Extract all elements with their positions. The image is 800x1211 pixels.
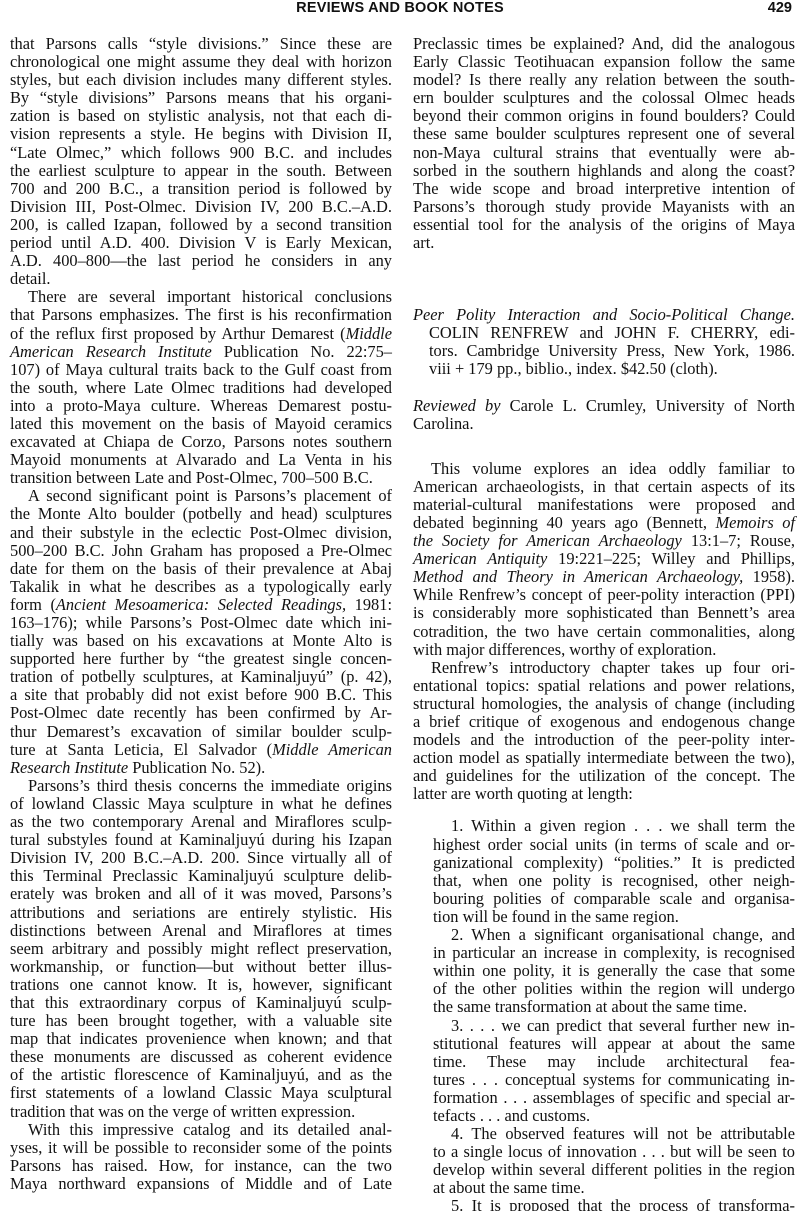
text-line: workmanship, or function—but without bet… <box>10 958 392 976</box>
text-line: transition between Late and Post-Olmec, … <box>10 469 392 487</box>
text-line: ganizational complexity) “polities.” It … <box>413 854 795 872</box>
text-line: vision represents a style. He begins wit… <box>10 125 392 143</box>
text-line: This volume explores an idea oddly famil… <box>413 460 795 478</box>
text-line: Parsons has raised. How, for instance, c… <box>10 1157 392 1175</box>
text-line: Division III, Post-Olmec. Division IV, 2… <box>10 198 392 216</box>
paragraph: There are several important historical c… <box>10 288 392 487</box>
text-line: at about the same time. <box>413 1179 795 1197</box>
text-line: yses, it will be possible to reconsider … <box>10 1139 392 1157</box>
reviewer-affiliation: Carolina. <box>413 415 795 433</box>
text-line: detail. <box>10 270 392 288</box>
reviewed-by-label: Reviewed by <box>413 396 500 415</box>
text-line: within one polity, it is generally the c… <box>413 962 795 980</box>
text-line: tially was based on his excavations at M… <box>10 632 392 650</box>
italic-title: American Research Institute <box>10 342 212 361</box>
text-line: this Terminal Preclassic Kaminaljuyú scu… <box>10 867 392 885</box>
paragraph-continuation: Preclassic times be explained? And, did … <box>413 35 795 252</box>
text-line: Parsons’s thorough study provide Mayanis… <box>413 198 795 216</box>
text-line: A.D. 400–800—the last period he consider… <box>10 252 392 270</box>
text-line: excavated at Chiapa de Corzo, Parsons no… <box>10 433 392 451</box>
text-line: styles, but each division includes many … <box>10 71 392 89</box>
text-line: Method and Theory in American Archaeolog… <box>413 568 795 586</box>
text-line: action model as spatially intermediate b… <box>413 749 795 767</box>
left-column: that Parsons calls “style divisions.” Si… <box>10 35 392 1193</box>
text-line: 107) of Maya cultural traits back to the… <box>10 361 392 379</box>
text-line: models and the introduction of the peer-… <box>413 731 795 749</box>
text-line: debated beginning 40 years ago (Bennett,… <box>413 514 795 532</box>
text-line: trations one cannot know. It is, however… <box>10 976 392 994</box>
text-line: cotradition, the two have certain common… <box>413 623 795 641</box>
text-line: these same boulder sculptures represent … <box>413 125 795 143</box>
book-entry: Peer Polity Interaction and Socio-Politi… <box>413 306 795 378</box>
italic-title: Research Institute <box>10 758 128 777</box>
quote-item-3: 3. . . . we can predict that several fur… <box>413 1017 795 1126</box>
text-line: bouring polities of comparable scale and… <box>413 890 795 908</box>
paragraph: that Parsons calls “style divisions.” Si… <box>10 35 392 288</box>
text-line: beyond their common origins in found bou… <box>413 107 795 125</box>
text-line: Research Institute Publication No. 52). <box>10 759 392 777</box>
text-line: the Monte Alto boulder (potbelly and hea… <box>10 505 392 523</box>
text-line: the Society for American Archaeology 13:… <box>413 532 795 550</box>
book-title-text: Peer Polity Interaction and Socio-Politi… <box>413 305 795 324</box>
text-line: sorbed in the southern highlands and alo… <box>413 162 795 180</box>
text-line: Maya northward expansions of Middle and … <box>10 1175 392 1193</box>
italic-title: Middle <box>346 324 392 343</box>
reviewer-line: Reviewed by Carole L. Crumley, Universit… <box>413 397 795 415</box>
italic-title: Method and Theory in American Archaeolog… <box>413 567 743 586</box>
text-line: essential tool for the analysis of the o… <box>413 216 795 234</box>
text-line: tion will be found in the same region. <box>413 908 795 926</box>
text-line: 3. . . . we can predict that several fur… <box>413 1017 795 1035</box>
text-line: By “style divisions” Parsons means that … <box>10 89 392 107</box>
text-line: With this impressive catalog and its det… <box>10 1121 392 1139</box>
text-line: art. <box>413 234 795 252</box>
text-line: attributions and seriations are entirely… <box>10 904 392 922</box>
text-line: American Research Institute Publication … <box>10 343 392 361</box>
quote-item-2: 2. When a significant organisational cha… <box>413 926 795 1016</box>
text-line: American Antiquity 19:221–225; Willey an… <box>413 550 795 568</box>
block-quote-list: 1. Within a given region . . . we shall … <box>413 817 795 1211</box>
text-line: Preclassic times be explained? And, did … <box>413 35 795 53</box>
text-line: stitutional features will appear at abou… <box>413 1035 795 1053</box>
text-line: 1. Within a given region . . . we shall … <box>413 817 795 835</box>
text-line: is considerably more sophisticated than … <box>413 604 795 622</box>
text-line: structural homologies, the analysis of c… <box>413 695 795 713</box>
italic-title: Memoirs of <box>716 513 796 532</box>
text-line: zation is based on stylistic analysis, n… <box>10 107 392 125</box>
text-line: 5. It is proposed that the process of tr… <box>413 1197 795 1211</box>
running-title: REVIEWS AND BOOK NOTES <box>0 0 800 16</box>
text-line: with major differences, worthy of explor… <box>413 641 795 659</box>
text-line: time. These may include architectural fe… <box>413 1053 795 1071</box>
text-line: to a single locus of innovation . . . bu… <box>413 1143 795 1161</box>
text-line: highest order social units (in terms of … <box>413 836 795 854</box>
section-gap <box>413 803 795 817</box>
text-line: map that indicates provenience when know… <box>10 1030 392 1048</box>
text-line: the south, where Late Olmec traditions h… <box>10 379 392 397</box>
text-line: While Renfrew’s concept of peer-polity i… <box>413 586 795 604</box>
paragraph: Parsons’s third thesis concerns the imme… <box>10 777 392 1121</box>
text-line: tration of potbelly sculptures, at Kamin… <box>10 668 392 686</box>
text-line: of the artistic florescence of Kaminalju… <box>10 1066 392 1084</box>
section-gap <box>413 433 795 460</box>
text-line: “Late Olmec,” which follows 900 B.C. and… <box>10 144 392 162</box>
text-line: 2. When a significant organisational cha… <box>413 926 795 944</box>
text-line: 200, is called Izapan, followed by a sec… <box>10 216 392 234</box>
text-line: a brief critique of exogenous and endoge… <box>413 713 795 731</box>
text-line: 500–200 B.C. John Graham has proposed a … <box>10 542 392 560</box>
text-line: ture has been brought together, with a v… <box>10 1012 392 1030</box>
right-column: Preclassic times be explained? And, did … <box>413 35 795 1211</box>
text-line: American archaeologists, in that certain… <box>413 478 795 496</box>
book-publisher: tors. Cambridge University Press, New Yo… <box>413 342 795 360</box>
text-line: Parsons’s third thesis concerns the imme… <box>10 777 392 795</box>
text-line: Renfrew’s introductory chapter takes up … <box>413 659 795 677</box>
running-header: REVIEWS AND BOOK NOTES 429 <box>0 0 800 18</box>
text-line: 700 and 200 B.C., a transition period is… <box>10 180 392 198</box>
text-line: of the reflux first proposed by Arthur D… <box>10 325 392 343</box>
text-line: Mayoid monuments at Alvarado and La Vent… <box>10 451 392 469</box>
text-line: model? Is there really any relation betw… <box>413 71 795 89</box>
paragraph: A second significant point is Parsons’s … <box>10 487 392 777</box>
reviewer-credit: Reviewed by Carole L. Crumley, Universit… <box>413 397 795 433</box>
text-line: tural substyles found at Kaminaljuyú dur… <box>10 831 392 849</box>
text-line: erately was broken and all of it was mov… <box>10 885 392 903</box>
text-line: date for them on the basis of their prev… <box>10 560 392 578</box>
text-line: of lowland Classic Maya sculpture in wha… <box>10 795 392 813</box>
text-line: lated this movement on the basis of Mayo… <box>10 415 392 433</box>
text-line: of the other polities within the region … <box>413 980 795 998</box>
paragraph: With this impressive catalog and its det… <box>10 1121 392 1193</box>
text-line: period until A.D. 400. Division V is Ear… <box>10 234 392 252</box>
text-line: supported here further by “the greatest … <box>10 650 392 668</box>
text-line: that Parsons calls “style divisions.” Si… <box>10 35 392 53</box>
text-line: A second significant point is Parsons’s … <box>10 487 392 505</box>
text-line: tradition that was on the verge of writt… <box>10 1103 392 1121</box>
italic-title: the Society for American Archaeology <box>413 531 682 550</box>
text-line: There are several important historical c… <box>10 288 392 306</box>
text-line: that this extraordinary corpus of Kamina… <box>10 994 392 1012</box>
text-line: distinctions between Arenal and Miraflor… <box>10 922 392 940</box>
text-line: form (Ancient Mesoamerica: Selected Read… <box>10 596 392 614</box>
text-line: Post-Olmec date recently has been confir… <box>10 704 392 722</box>
text-line: in particular an increase in complexity,… <box>413 944 795 962</box>
text-line: the earliest sculpture to appear in the … <box>10 162 392 180</box>
text-line: develop within several different politie… <box>413 1161 795 1179</box>
book-title: Peer Polity Interaction and Socio-Politi… <box>413 306 795 324</box>
text-line: seem arbitrary and possibly might reflec… <box>10 940 392 958</box>
text-line: as the two contemporary Arenal and Miraf… <box>10 813 392 831</box>
text-line: non-Maya cultural strains that eventuall… <box>413 144 795 162</box>
paragraph: This volume explores an idea oddly famil… <box>413 460 795 659</box>
text-line: that Parsons emphasizes. The first is hi… <box>10 306 392 324</box>
text-line: into a proto-Maya culture. Whereas Demar… <box>10 397 392 415</box>
text-line: latter are worth quoting at length: <box>413 785 795 803</box>
text-line: 163–176); while Parsons’s Post-Olmec dat… <box>10 614 392 632</box>
text-line: 4. The observed features will not be att… <box>413 1125 795 1143</box>
text-line: chronological one might assume they deal… <box>10 53 392 71</box>
text-line: ern boulder sculptures and the colossal … <box>413 89 795 107</box>
text-line: material-cultural manifestations were pr… <box>413 496 795 514</box>
text-line: thur Demarest’s excavation of similar bo… <box>10 723 392 741</box>
book-editors: COLIN RENFREW and JOHN F. CHERRY, edi- <box>413 324 795 342</box>
text-line: tures . . . conceptual systems for commu… <box>413 1071 795 1089</box>
quote-item-5: 5. It is proposed that the process of tr… <box>413 1197 795 1211</box>
text-line: a site that probably did not exist befor… <box>10 686 392 704</box>
text-line: entational topics: spatial relations and… <box>413 677 795 695</box>
section-gap <box>413 252 795 306</box>
text-line: the same transformation at about the sam… <box>413 998 795 1016</box>
paragraph: Renfrew’s introductory chapter takes up … <box>413 659 795 804</box>
text-line: these monuments are discussed as coheren… <box>10 1048 392 1066</box>
text-line: first statements of a lowland Classic Ma… <box>10 1084 392 1102</box>
text-line: formation . . . assemblages of specific … <box>413 1089 795 1107</box>
italic-title: Ancient Mesoamerica: Selected Readings, <box>56 595 346 614</box>
text-line: tefacts . . . and customs. <box>413 1107 795 1125</box>
text-line: Takalik in what he describes as a typolo… <box>10 578 392 596</box>
quote-item-4: 4. The observed features will not be att… <box>413 1125 795 1197</box>
text-line: and guidelines for the utilization of th… <box>413 767 795 785</box>
italic-title: American Antiquity <box>413 549 547 568</box>
text-line: ture at Santa Leticia, El Salvador (Midd… <box>10 741 392 759</box>
page-number: 429 <box>768 0 792 16</box>
text-line: Division IV, 200 B.C.–A.D. 200. Since vi… <box>10 849 392 867</box>
text-line: that, when one polity is recognised, oth… <box>413 872 795 890</box>
text-line: and their substyle in the eclectic Post-… <box>10 524 392 542</box>
text-line: The wide scope and broad interpretive in… <box>413 180 795 198</box>
book-details: viii + 179 pp., biblio., index. $42.50 (… <box>413 360 795 378</box>
section-gap <box>413 379 795 397</box>
reviewer-name: Carole L. Crumley, University of North <box>500 396 795 415</box>
italic-title: Middle American <box>272 740 392 759</box>
text-line: Early Classic Teotihuacan expansion foll… <box>413 53 795 71</box>
quote-item-1: 1. Within a given region . . . we shall … <box>413 817 795 926</box>
